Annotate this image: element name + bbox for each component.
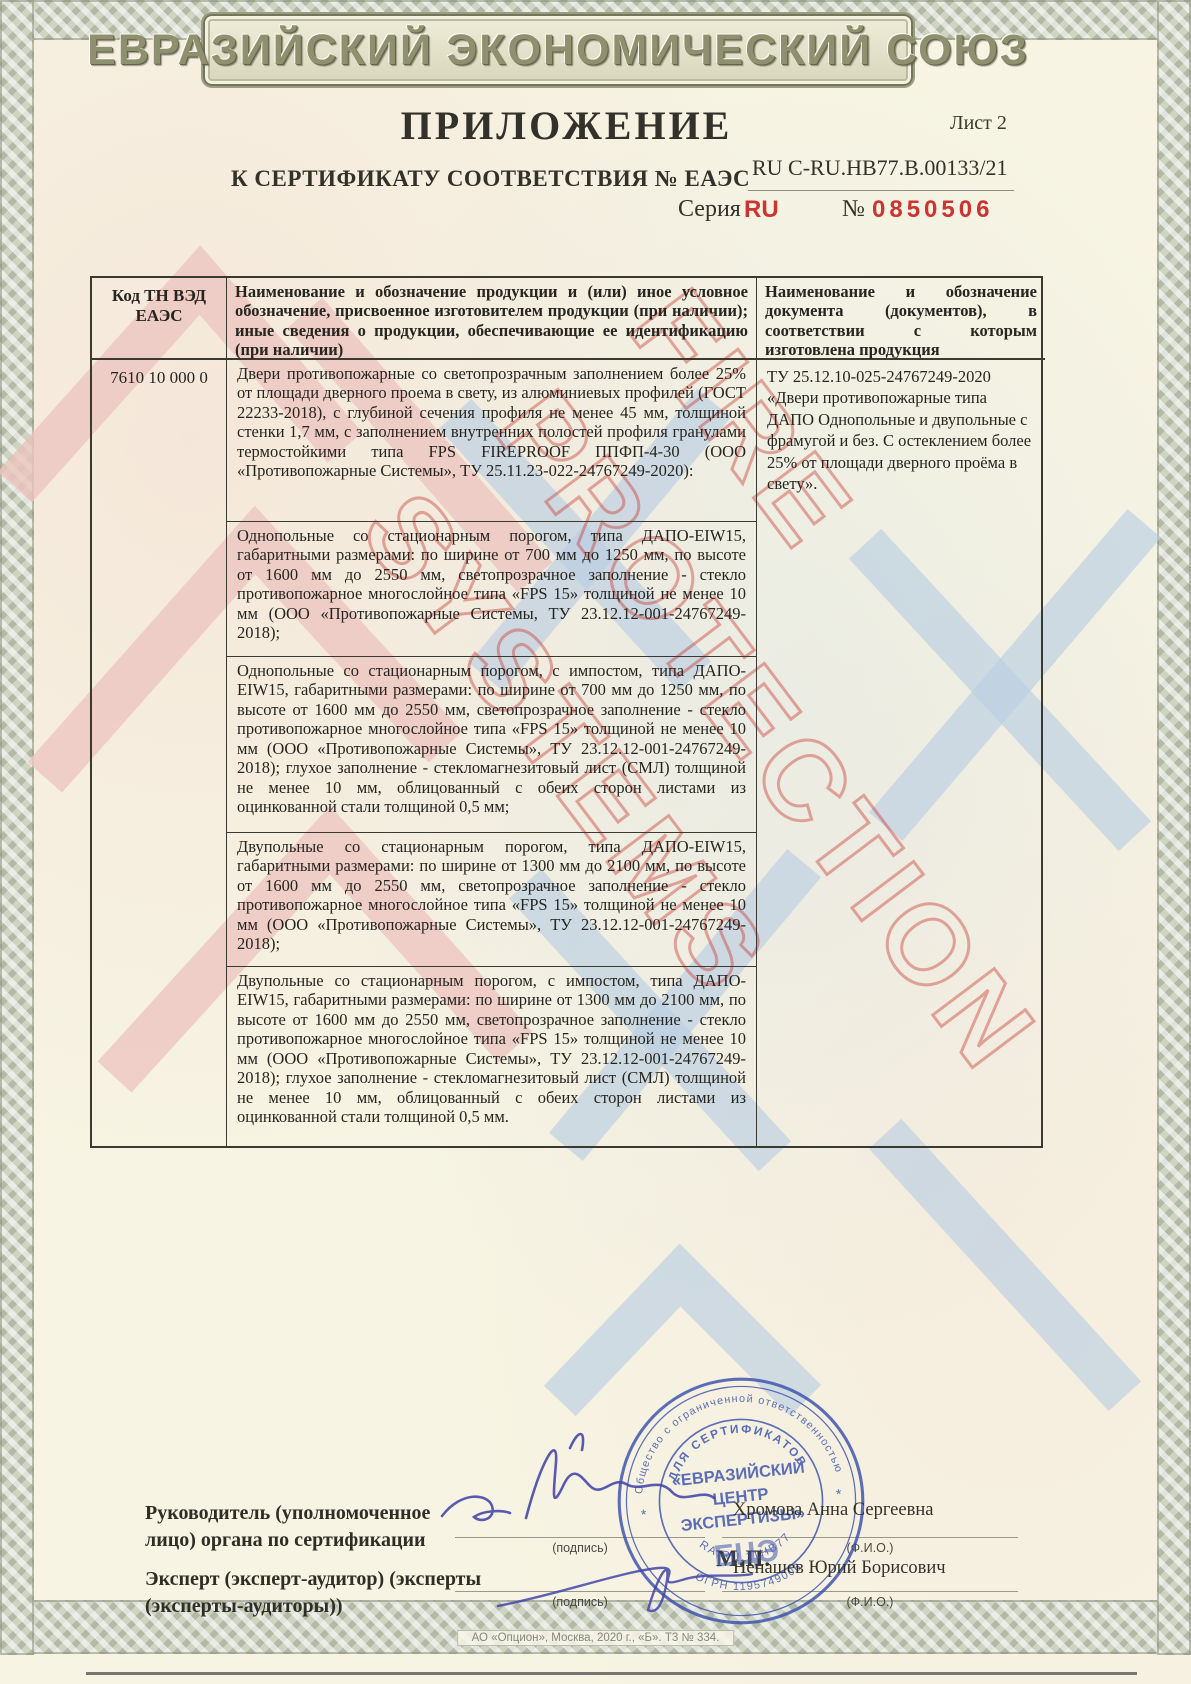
certificate-subtitle: К СЕРТИФИКАТУ СООТВЕТСТВИЯ № ЕАЭС xyxy=(231,166,750,192)
tnved-code-cell: 7610 10 000 0 xyxy=(92,360,227,1146)
product-paragraph: Однопольные со стационарным порогом, тип… xyxy=(227,522,756,657)
serial-number: 0850506 xyxy=(872,196,993,224)
expert-signature-ink xyxy=(490,1548,760,1618)
table-header-product: Наименование и обозначение продукции и (… xyxy=(227,278,757,360)
certificate-number-underline xyxy=(748,190,1014,191)
sheet-number-label: Лист 2 xyxy=(950,112,1060,135)
expert-label: Эксперт (эксперт-аудитор) (эксперты (экс… xyxy=(145,1566,505,1620)
certificate-page: FIRE PROTECTION SYSTEMS ЕВРАЗИЙСКИЙ ЭКОН… xyxy=(0,0,1191,1684)
document-reference-cell: ТУ 25.12.10-025-24767249-2020 «Двери про… xyxy=(757,360,1045,1146)
head-signature-ink xyxy=(430,1418,720,1543)
page-title: ПРИЛОЖЕНИЕ xyxy=(90,102,1043,149)
product-paragraph: Двери противопожарные со светопрозрачным… xyxy=(227,360,756,522)
certificate-number: RU C-RU.HB77.B.00133/21 xyxy=(752,155,1007,181)
product-description-column: Двери противопожарные со светопрозрачным… xyxy=(227,360,757,1146)
table-header-document: Наименование и обозначение документа (до… xyxy=(757,278,1045,360)
product-paragraph: Однопольные со стационарным порогом, с и… xyxy=(227,657,756,833)
products-table: Код ТН ВЭД ЕАЭС Наименование и обозначен… xyxy=(90,276,1043,1148)
number-sign: № xyxy=(842,196,865,223)
product-paragraph: Двупольные со стационарным порогом, с им… xyxy=(227,967,756,1146)
eaeu-banner-title: ЕВРАЗИЙСКИЙ ЭКОНОМИЧЕСКИЙ СОЮЗ xyxy=(87,26,1029,75)
eaeu-banner: ЕВРАЗИЙСКИЙ ЭКОНОМИЧЕСКИЙ СОЮЗ xyxy=(203,14,913,86)
series-value: RU xyxy=(744,196,779,224)
head-name: Хромова Анна Сергеевна xyxy=(733,1500,933,1521)
series-label: Серия xyxy=(678,196,741,223)
product-paragraph: Двупольные со стационарным порогом, типа… xyxy=(227,833,756,967)
expert-name: Ненашев Юрий Борисович xyxy=(733,1558,946,1579)
table-header-code: Код ТН ВЭД ЕАЭС xyxy=(92,278,227,360)
